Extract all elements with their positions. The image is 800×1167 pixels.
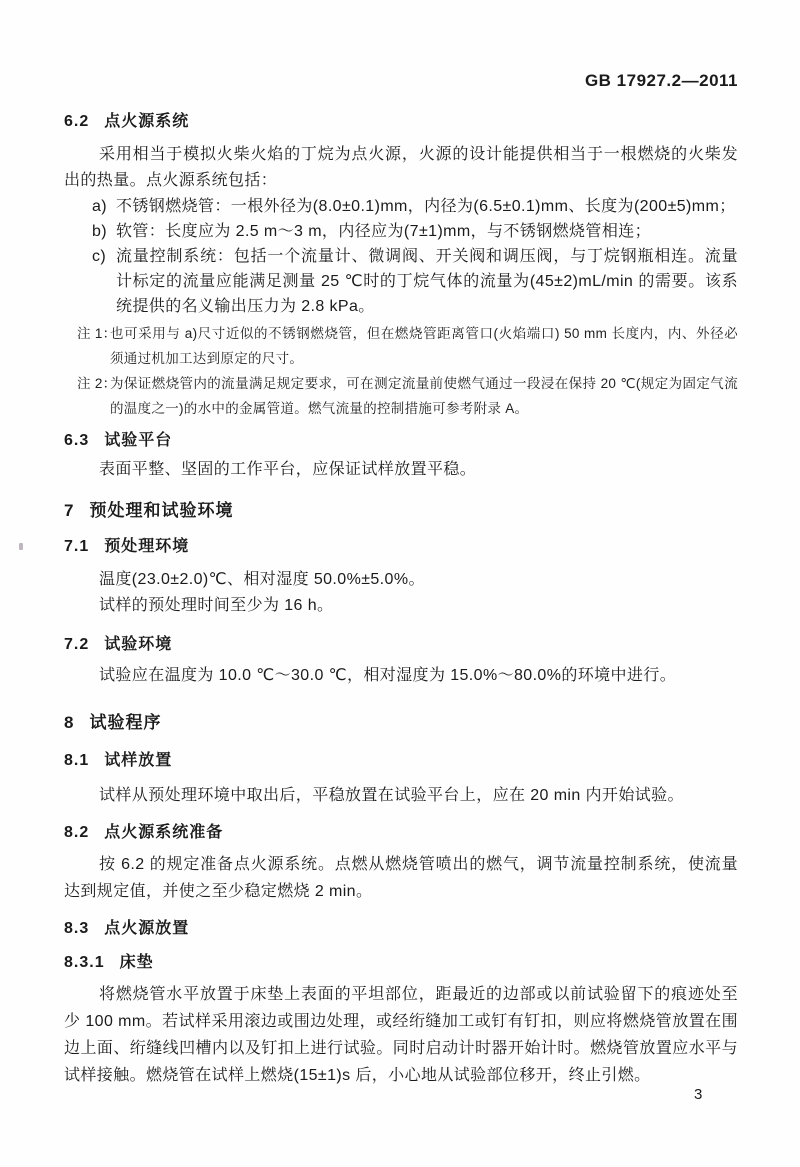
paragraph-6-2-intro: 采用相当于模拟火柴火焰的丁烷为点火源，火源的设计能提供相当于一根燃烧的火柴发出的… (64, 142, 738, 194)
chapter-heading-7: 7 预处理和试验环境 (64, 501, 738, 521)
document-page: GB 17927.2—2011 6.2 点火源系统 采用相当于模拟火柴火焰的丁烷… (0, 0, 800, 1167)
section-heading-6-2: 6.2 点火源系统 (64, 112, 738, 132)
section-title: 试样放置 (104, 751, 172, 771)
section-heading-7-1: 7.1 预处理环境 (64, 537, 738, 557)
paragraph-8-3-1: 将燃烧管水平放置于床垫上表面的平坦部位，距最近的边部或以前试验留下的痕迹处至少 … (64, 981, 738, 1089)
note-label: 注 1： (77, 321, 116, 346)
page-number: 3 (694, 1086, 702, 1103)
section-number: 8.2 (64, 823, 89, 843)
section-title: 床垫 (120, 953, 154, 973)
list-item-text: 不锈钢燃烧管：一根外径为(8.0±0.1)mm，内径为(6.5±0.1)mm、长… (116, 198, 736, 215)
list-item-a: a) 不锈钢燃烧管：一根外径为(8.0±0.1)mm，内径为(6.5±0.1)m… (64, 194, 738, 219)
note-text: 为保证燃烧管内的流量满足规定要求，可在测定流量前使燃气通过一段浸在保持 20 ℃… (110, 376, 738, 416)
chapter-title: 预处理和试验环境 (89, 501, 233, 521)
list-item-marker: c) (92, 244, 106, 269)
section-number: 8.3.1 (64, 953, 105, 973)
section-title: 预处理环境 (104, 537, 189, 557)
chapter-number: 8 (64, 713, 74, 733)
section-number: 6.3 (64, 431, 89, 451)
standard-number: GB 17927.2—2011 (585, 71, 738, 90)
section-heading-6-3: 6.3 试验平台 (64, 431, 738, 451)
section-heading-8-3-1: 8.3.1 床垫 (64, 953, 738, 973)
notes-block: 注 1： 也可采用与 a)尺寸近似的不锈钢燃烧管，但在燃烧管距离管口(火焰端口)… (64, 321, 738, 421)
section-number: 8.1 (64, 751, 89, 771)
list-item-marker: a) (92, 194, 107, 219)
list-item-b: b) 软管：长度应为 2.5 m～3 m，内径应为(7±1)mm，与不锈钢燃烧管… (64, 219, 738, 244)
note-text: 也可采用与 a)尺寸近似的不锈钢燃烧管，但在燃烧管距离管口(火焰端口) 50 m… (110, 326, 738, 366)
chapter-title: 试验程序 (89, 713, 161, 733)
list-item-text: 流量控制系统：包括一个流量计、微调阀、开关阀和调压阀，与丁烷钢瓶相连。流量计标定… (116, 248, 738, 315)
section-heading-8-1: 8.1 试样放置 (64, 751, 738, 771)
section-number: 7.2 (64, 635, 89, 655)
paragraph-7-1-line2: 试样的预处理时间至少为 16 h。 (64, 593, 738, 619)
section-heading-8-2: 8.2 点火源系统准备 (64, 823, 738, 843)
section-title: 点火源系统 (104, 112, 189, 132)
chapter-number: 7 (64, 501, 74, 521)
section-heading-8-3: 8.3 点火源放置 (64, 919, 738, 939)
list-item-text: 软管：长度应为 2.5 m～3 m，内径应为(7±1)mm，与不锈钢燃烧管相连； (116, 223, 651, 240)
section-title: 点火源放置 (104, 919, 189, 939)
page-header: GB 17927.2—2011 (64, 70, 738, 92)
paragraph-8-1: 试样从预处理环境中取出后，平稳放置在试验平台上，应在 20 min 内开始试验。 (64, 783, 738, 809)
paragraph-6-3: 表面平整、坚固的工作平台，应保证试样放置平稳。 (64, 457, 738, 483)
section-title: 试验平台 (104, 431, 172, 451)
section-title: 试验环境 (104, 635, 172, 655)
note-2: 注 2： 为保证燃烧管内的流量满足规定要求，可在测定流量前使燃气通过一段浸在保持… (64, 371, 738, 421)
section-number: 6.2 (64, 112, 89, 132)
paragraph-8-2: 按 6.2 的规定准备点火源系统。点燃从燃烧管喷出的燃气，调节流量控制系统，使流… (64, 851, 738, 905)
section-title: 点火源系统准备 (104, 823, 223, 843)
note-label: 注 2： (77, 371, 116, 396)
note-1: 注 1： 也可采用与 a)尺寸近似的不锈钢燃烧管，但在燃烧管距离管口(火焰端口)… (64, 321, 738, 371)
paragraph-7-2: 试验应在温度为 10.0 ℃～30.0 ℃，相对湿度为 15.0%～80.0%的… (64, 663, 738, 689)
paragraph-7-1-line1: 温度(23.0±2.0)℃、相对湿度 50.0%±5.0%。 (64, 567, 738, 593)
chapter-heading-8: 8 试验程序 (64, 713, 738, 733)
section-heading-7-2: 7.2 试验环境 (64, 635, 738, 655)
section-number: 8.3 (64, 919, 89, 939)
list-item-marker: b) (92, 219, 107, 244)
list-item-c: c) 流量控制系统：包括一个流量计、微调阀、开关阀和调压阀，与丁烷钢瓶相连。流量… (64, 244, 738, 319)
section-number: 7.1 (64, 537, 89, 557)
scan-artifact (19, 543, 23, 550)
ignition-system-list: a) 不锈钢燃烧管：一根外径为(8.0±0.1)mm，内径为(6.5±0.1)m… (64, 194, 738, 319)
